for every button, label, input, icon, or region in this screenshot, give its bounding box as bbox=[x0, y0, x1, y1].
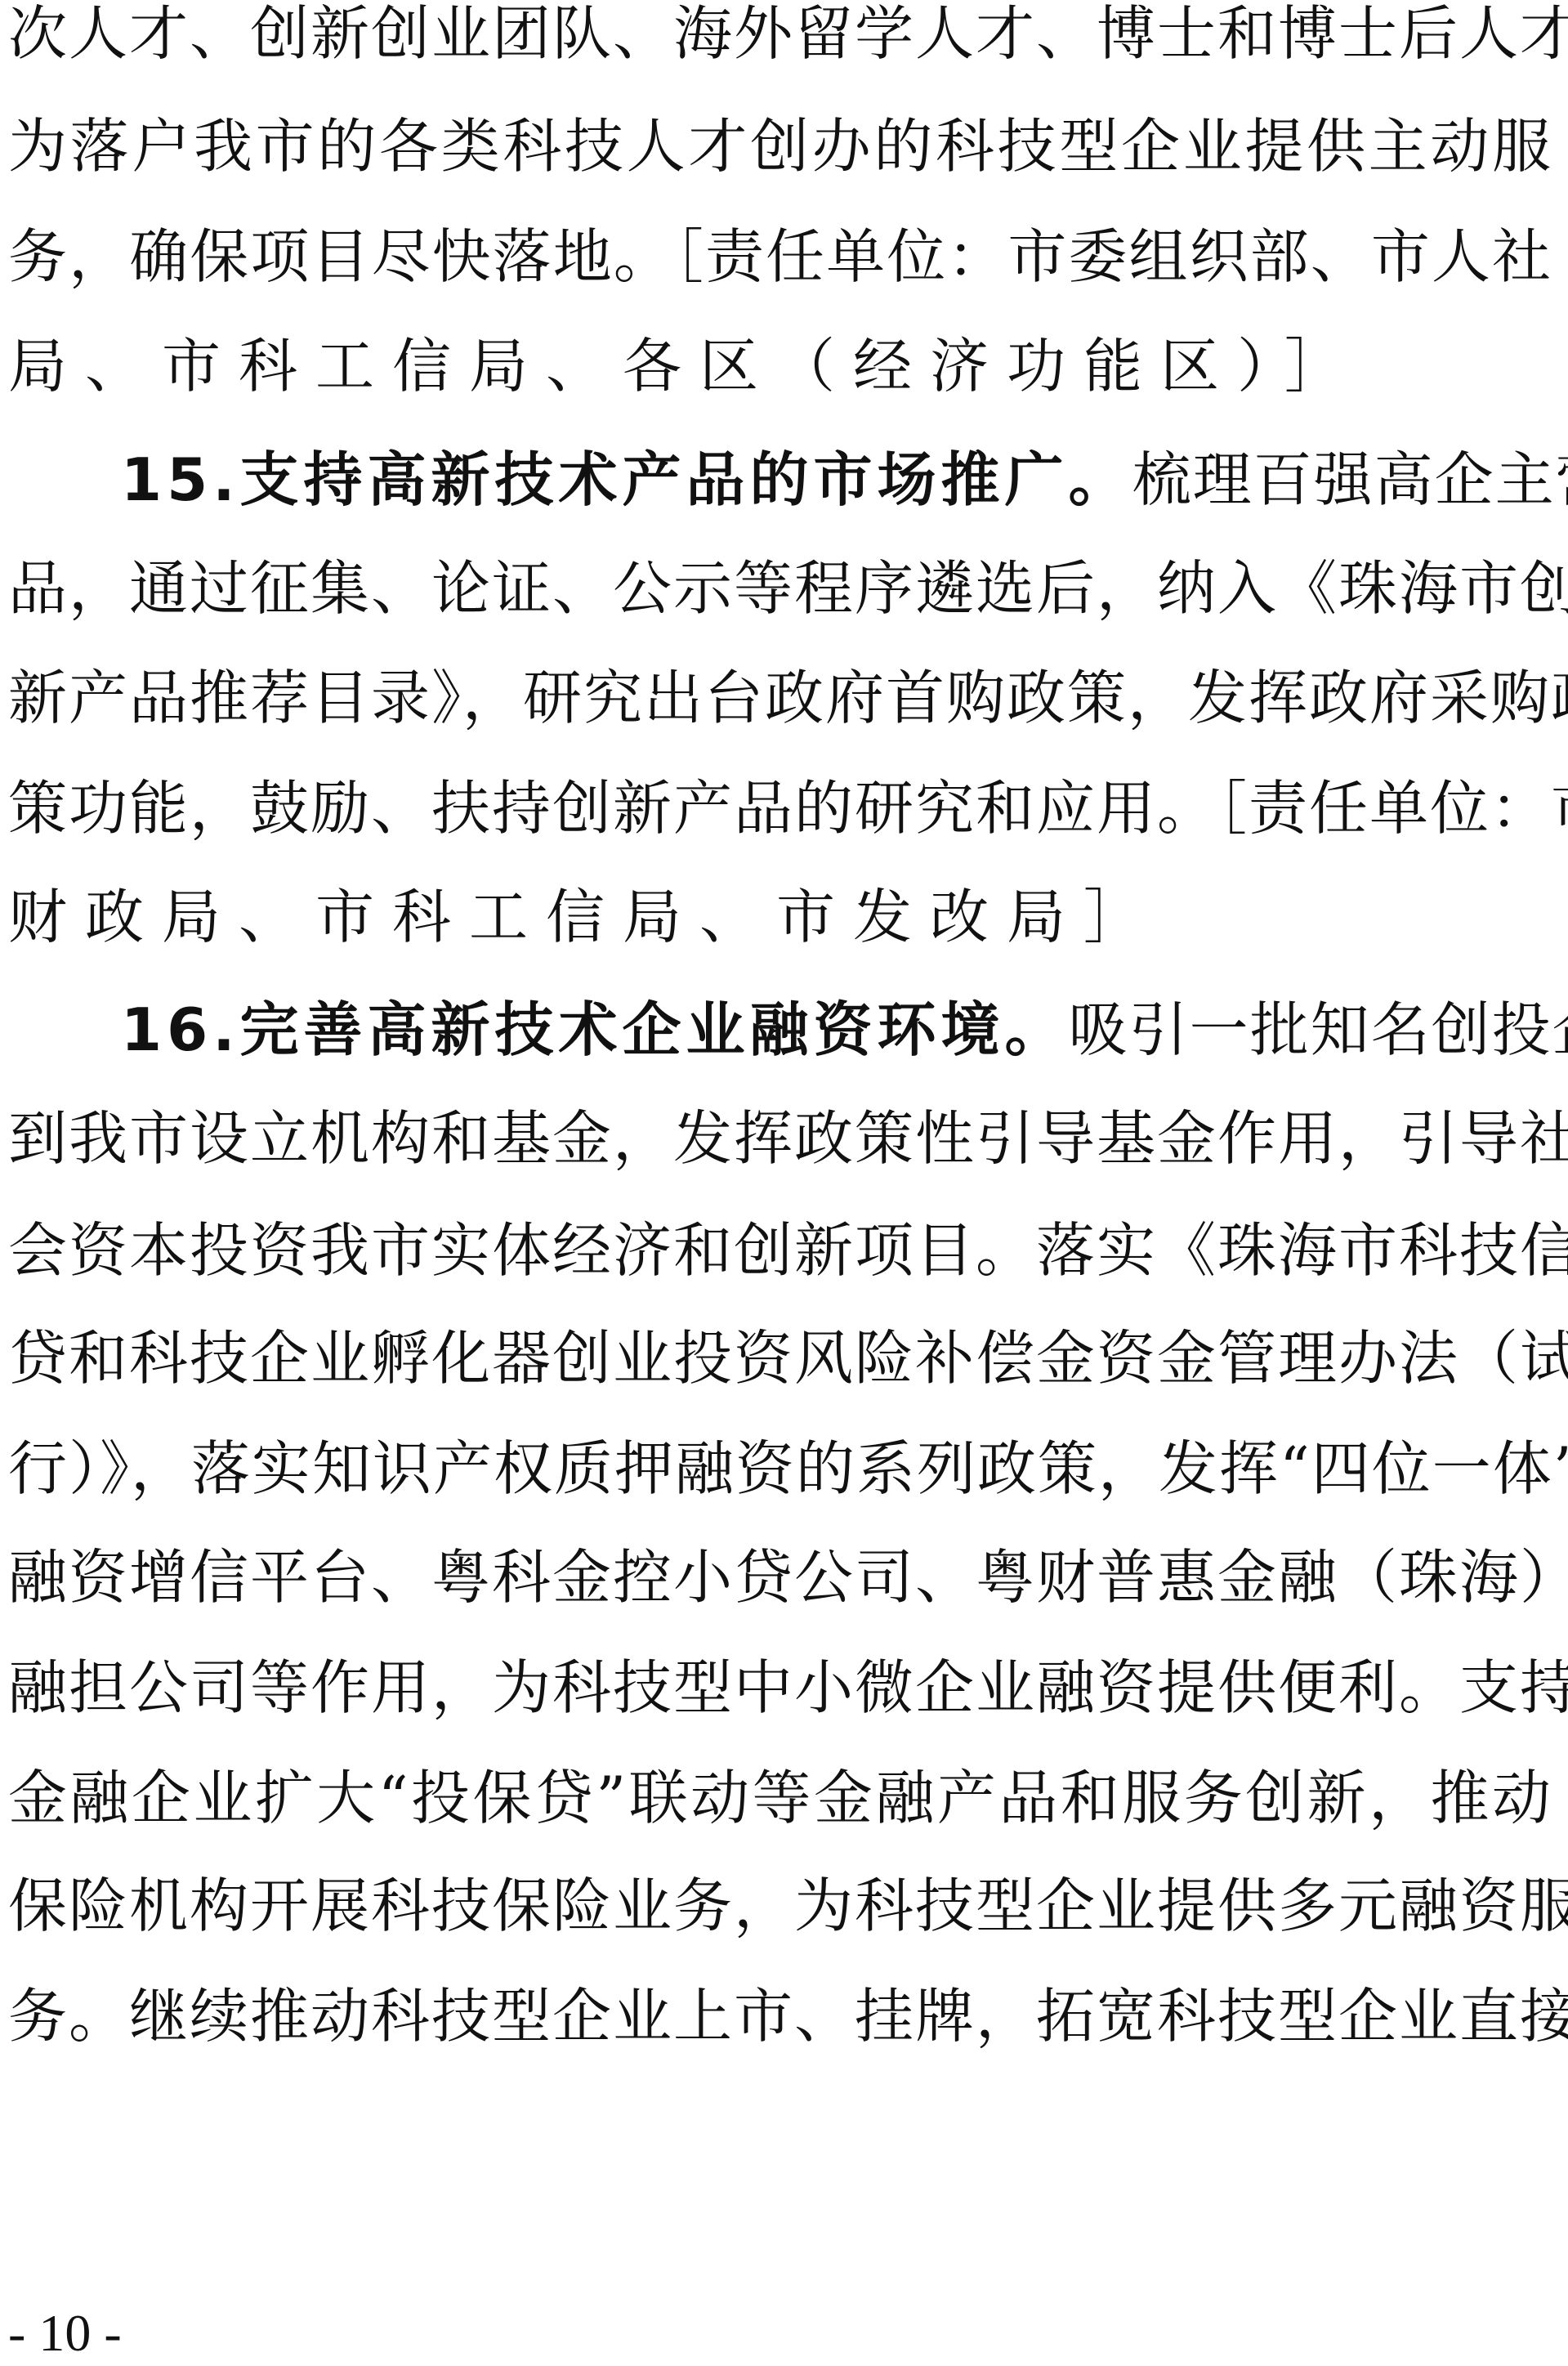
body-line: 局、市科工信局、各区（经济功能区）］ bbox=[8, 321, 1552, 411]
body-line: 金融企业扩大“投保贷”联动等金融产品和服务创新，推动 bbox=[8, 1753, 1552, 1843]
body-line: 会资本投资我市实体经济和创新项目。落实《珠海市科技信 bbox=[8, 1205, 1552, 1295]
body-line: 保险机构开展科技保险业务，为科技型企业提供多元融资服 bbox=[8, 1861, 1552, 1951]
page-number: - 10 - bbox=[8, 2301, 122, 2366]
body-text: 梳理百强高企主营产 bbox=[1132, 445, 1568, 514]
body-line: 品，通过征集、论证、公示等程序遴选后，纳入《珠海市创 bbox=[8, 543, 1552, 633]
body-line: 财政局、市科工信局、市发改局］ bbox=[8, 872, 1552, 962]
document-page: 次人才、创新创业团队、海外留学人才、博士和博士后人才。 为落户我市的各类科技人才… bbox=[0, 0, 1568, 2366]
section-16-first-line: 16.完善高新技术企业融资环境。吸引一批知名创投企业 bbox=[121, 985, 1552, 1075]
body-line: 务。继续推动科技型企业上市、挂牌，拓宽科技型企业直接 bbox=[8, 1971, 1552, 2061]
body-line: 行）》，落实知识产权质押融资的系列政策，发挥“四位一体” bbox=[8, 1424, 1552, 1514]
body-line: 策功能，鼓励、扶持创新产品的研究和应用。［责任单位：市 bbox=[8, 763, 1552, 853]
body-line: 为落户我市的各类科技人才创办的科技型企业提供主动服 bbox=[8, 101, 1552, 191]
body-line: 次人才、创新创业团队、海外留学人才、博士和博士后人才。 bbox=[8, 0, 1552, 78]
section-15-first-line: 15.支持高新技术产品的市场推广。梳理百强高企主营产 bbox=[121, 435, 1552, 525]
body-line: 贷和科技企业孵化器创业投资风险补偿金资金管理办法（试 bbox=[8, 1313, 1552, 1403]
body-line: 融担公司等作用，为科技型中小微企业融资提供便利。支持 bbox=[8, 1643, 1552, 1733]
body-text: 吸引一批知名创投企业 bbox=[1069, 995, 1568, 1064]
body-line: 务，确保项目尽快落地。［责任单位：市委组织部、市人社 bbox=[8, 212, 1552, 302]
body-line: 新产品推荐目录》，研究出台政府首购政策，发挥政府采购政 bbox=[8, 653, 1552, 743]
section-heading-16: 16.完善高新技术企业融资环境。 bbox=[121, 995, 1069, 1064]
body-line: 融资增信平台、粤科金控小贷公司、粤财普惠金融（珠海） bbox=[8, 1532, 1552, 1622]
body-line: 到我市设立机构和基金，发挥政策性引导基金作用，引导社 bbox=[8, 1094, 1552, 1183]
section-heading-15: 15.支持高新技术产品的市场推广。 bbox=[121, 445, 1132, 514]
